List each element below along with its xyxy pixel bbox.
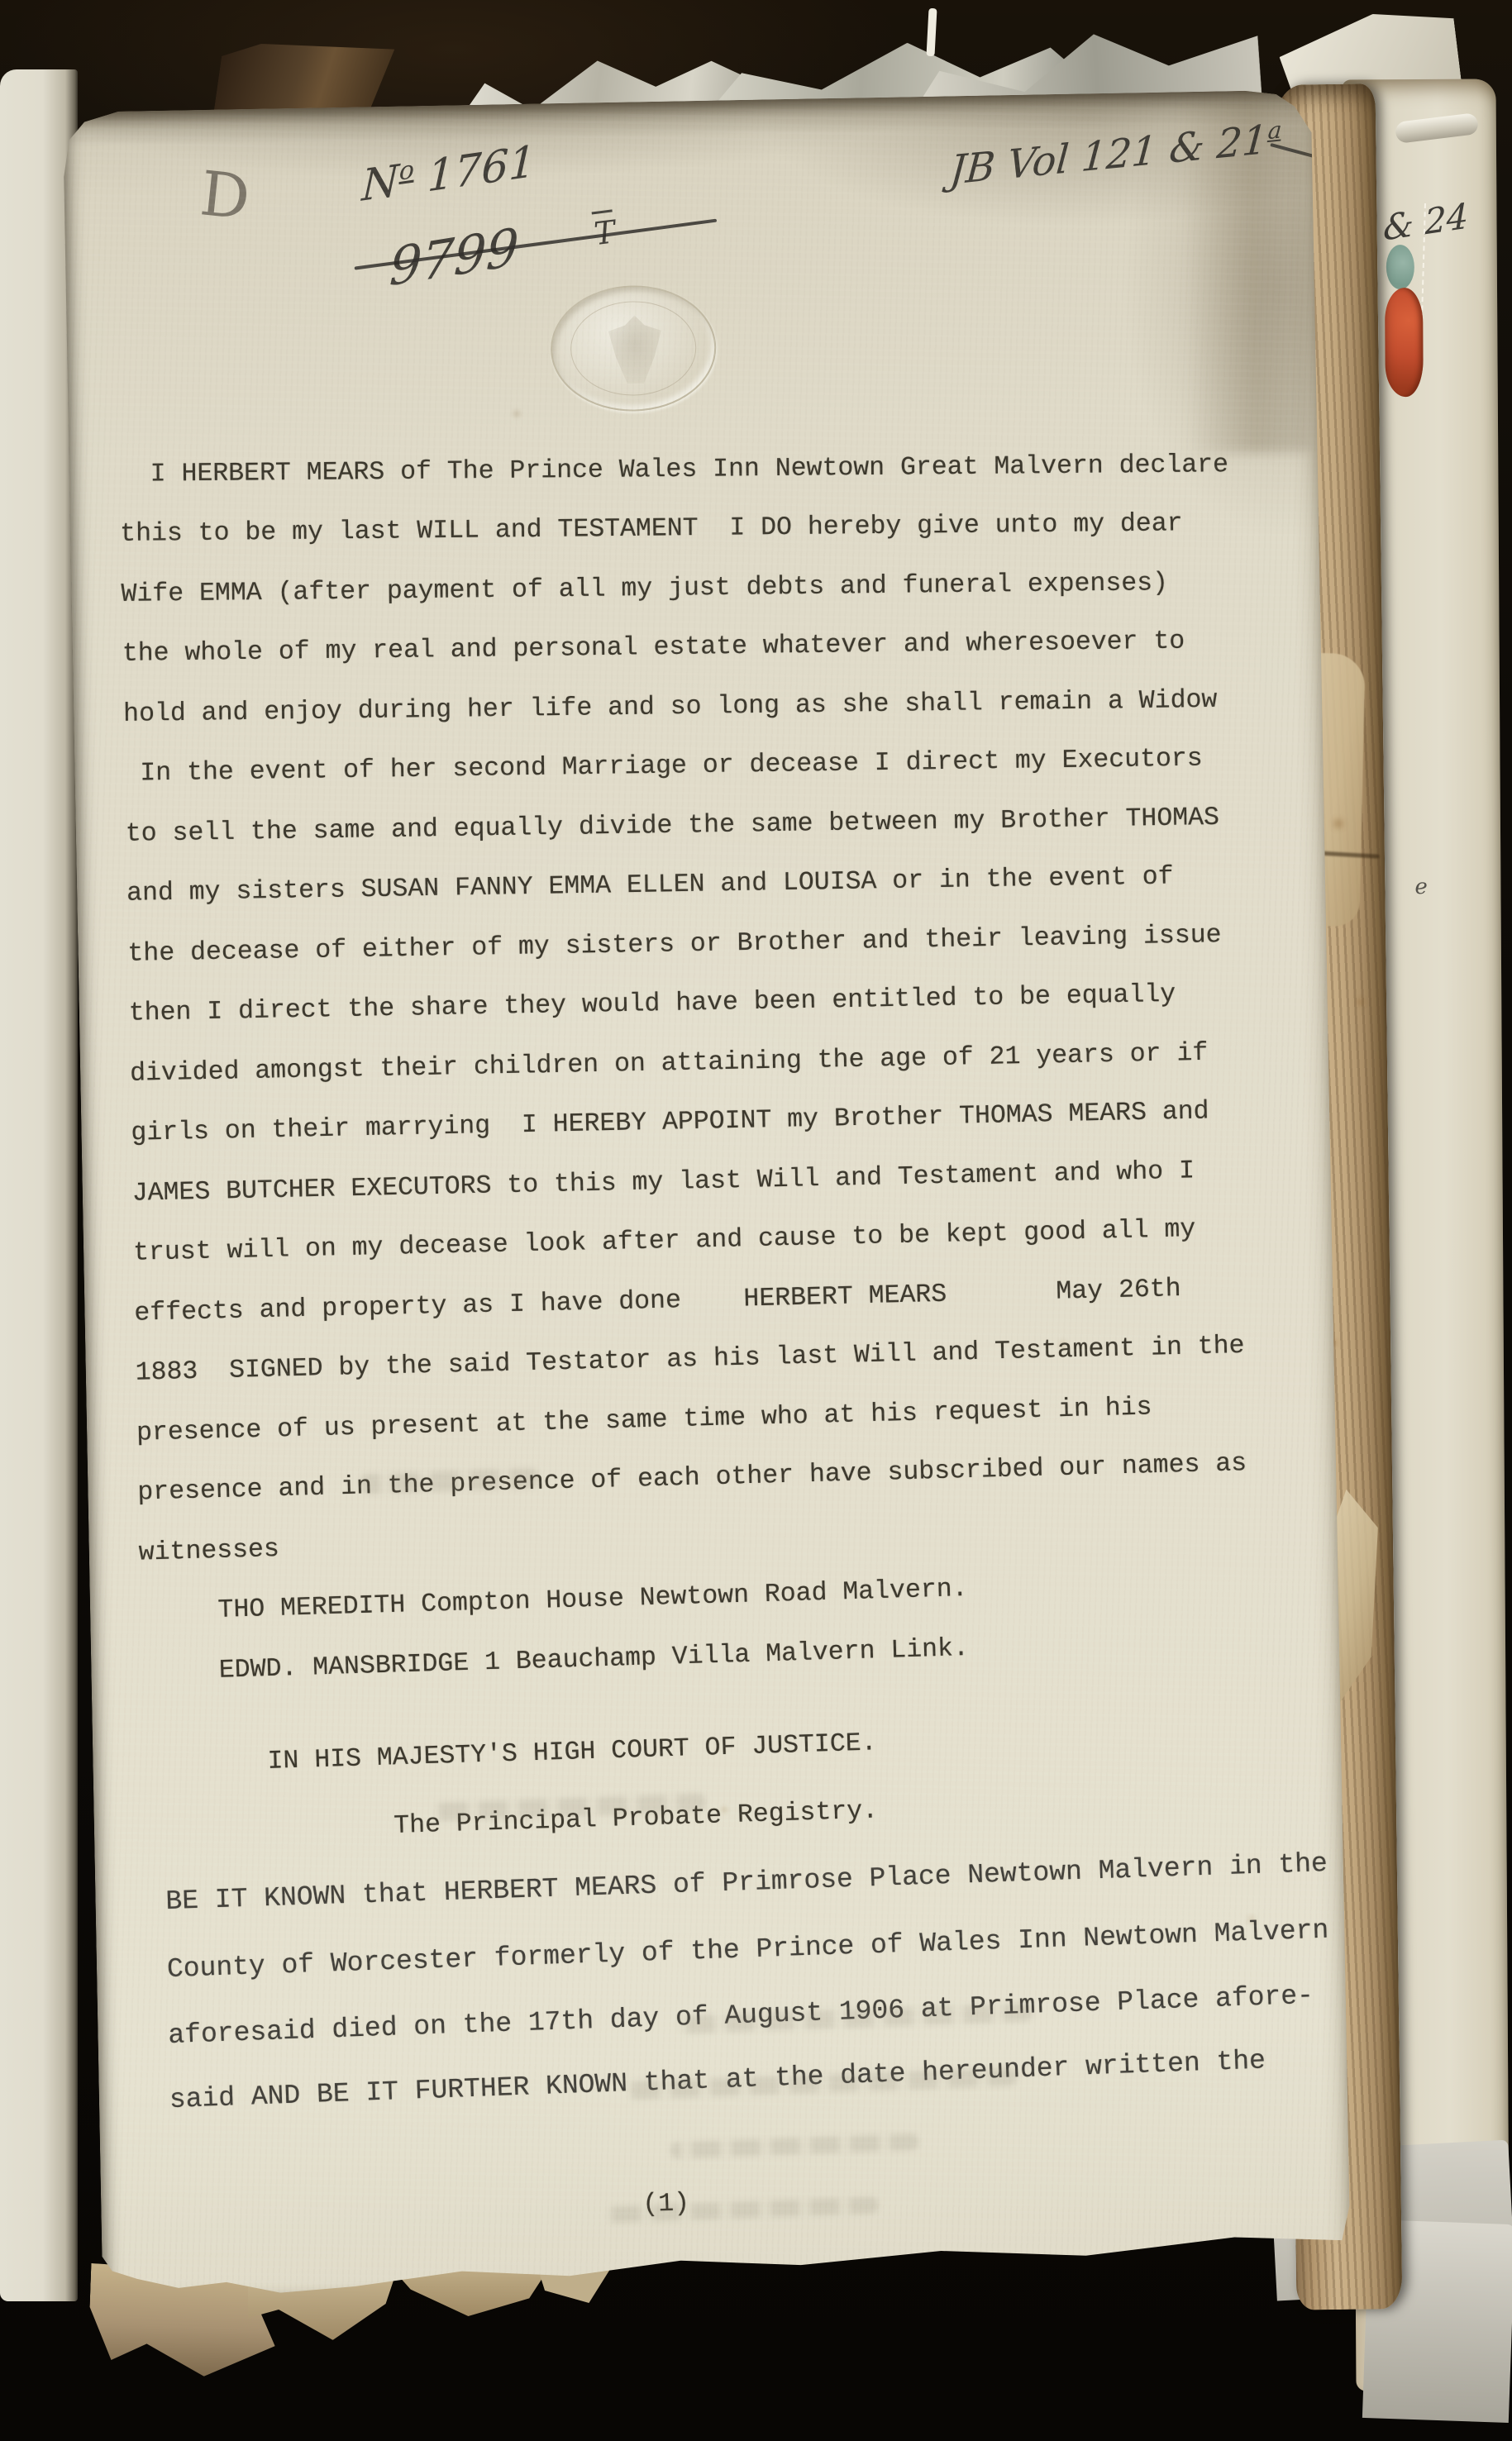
paper-sliver	[926, 8, 937, 56]
typed-line: 1883 SIGNED by the said Testator as his …	[135, 1333, 1245, 1388]
typed-line: Wife EMMA (after payment of all my just …	[121, 570, 1168, 609]
typed-line: witnesses	[138, 1536, 279, 1568]
typed-line: presence of us present at the same time …	[136, 1394, 1152, 1447]
typed-line: the whole of my real and personal estate…	[122, 628, 1185, 669]
typed-line: In the event of her second Marriage or d…	[124, 746, 1203, 789]
typed-line-witness: EDWD. MANSBRIDGE 1 Beauchamp Villa Malve…	[141, 1635, 969, 1688]
will-document-page: D No 1761 9799 T JB Vol 121 & 21a I HERB…	[63, 89, 1351, 2302]
typed-line: effects and property as I have done HERB…	[134, 1275, 1181, 1328]
file-number-prefix: N	[361, 156, 400, 212]
volume-reference-main: JB Vol 121 & 21	[948, 117, 1269, 194]
file-number-lower: 9799	[388, 216, 520, 298]
file-number-digits: 1761	[413, 136, 537, 204]
typed-line: hold and enjoy during her life and so lo…	[123, 687, 1218, 729]
pencil-letter-annotation: D	[197, 158, 253, 234]
volume-reference-superscript: a	[1267, 116, 1283, 145]
typed-line: JAMES BUTCHER EXECUTORS to this my last …	[131, 1157, 1195, 1208]
typed-line: and my sisters SUSAN FANNY EMMA ELLEN an…	[126, 863, 1174, 908]
typed-line: presence and in the presence of each oth…	[137, 1450, 1247, 1508]
typed-line: then I direct the share they would have …	[129, 981, 1176, 1028]
typed-line-court-heading: IN HIS MAJESTY'S HIGH COURT OF JUSTICE.	[142, 1729, 877, 1780]
foxing-spots	[1270, 85, 1274, 89]
red-wax-seal-fragment	[1385, 288, 1424, 397]
typed-line: girls on their marrying I HEREBY APPOINT…	[131, 1098, 1209, 1147]
typed-line: County of Worcester formerly of the Prin…	[166, 1917, 1328, 1985]
teal-seal-fragment	[1386, 245, 1414, 289]
underlying-page-left-edge	[0, 69, 78, 2301]
typed-line-witness: THO MEREDITH Compton House Newtown Road …	[140, 1576, 968, 1628]
volume-reference-annotation: JB Vol 121 & 21a	[948, 115, 1283, 194]
typed-line: this to be my last WILL and TESTAMENT I …	[120, 510, 1183, 549]
typed-line: to sell the same and equally divide the …	[126, 804, 1220, 849]
typed-line: trust will on my decease look after and …	[133, 1216, 1196, 1268]
embossed-seal	[550, 284, 718, 413]
handwritten-edge-mark: e	[1414, 875, 1428, 899]
archive-scan: { "annotations": { "pencil_letter": "D",…	[0, 0, 1512, 2441]
file-number-superscript: o	[398, 155, 414, 187]
typed-line: the decease of either of my sisters or B…	[127, 922, 1222, 969]
typed-line: I HERBERT MEARS of The Prince Wales Inn …	[119, 451, 1228, 489]
typed-line: BE IT KNOWN that HERBERT MEARS of Primro…	[165, 1850, 1328, 1916]
file-number-annotation: No 1761	[361, 136, 537, 212]
bleed-through-text	[670, 2133, 919, 2159]
typed-line: divided amongst their children on attain…	[130, 1040, 1209, 1089]
file-number-suffix-mark: T	[592, 209, 618, 252]
